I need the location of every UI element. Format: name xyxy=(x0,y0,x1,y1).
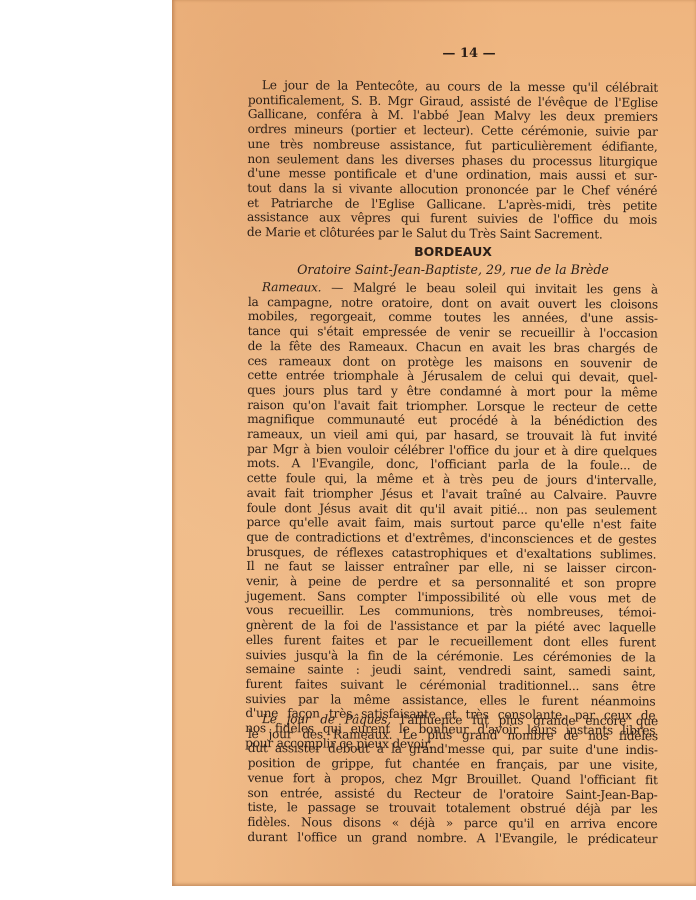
paragraph-lead: Rameaux. xyxy=(262,280,321,294)
text-line: fidèles. Nous disons « déjà » parce qu'i… xyxy=(247,815,657,832)
paragraph-lead: Le jour de Pâques, xyxy=(262,712,391,727)
paragraph-rameaux: Rameaux. — Malgré le beau soleil qui inv… xyxy=(245,280,658,753)
paragraph-body: la campagne, notre oratoire, dont on ava… xyxy=(245,295,658,753)
section-heading: BORDEAUX xyxy=(248,244,658,259)
text-line: venue fort à propos, chez Mgr Brouillet.… xyxy=(248,771,658,788)
scanned-page: — 14 — Le jour de la Pentecôte, au cours… xyxy=(172,0,696,886)
paragraph-pentecost: Le jour de la Pentecôte, au cours de la … xyxy=(247,78,658,243)
paragraph-paques: Le jour de Pâques, l'affluence fut plus … xyxy=(247,712,658,846)
text-line: durant l'office un grand nombre. A l'Eva… xyxy=(247,830,657,847)
page-number: — 14 — xyxy=(172,46,696,61)
text-line: de Marie et clôturées par le Salut du Tr… xyxy=(247,225,657,243)
section-subheading: Oratoire Saint-Jean-Baptiste, 29, rue de… xyxy=(248,262,658,277)
paragraph-body: le jour des Rameaux. Le plus grand nombr… xyxy=(247,727,658,847)
